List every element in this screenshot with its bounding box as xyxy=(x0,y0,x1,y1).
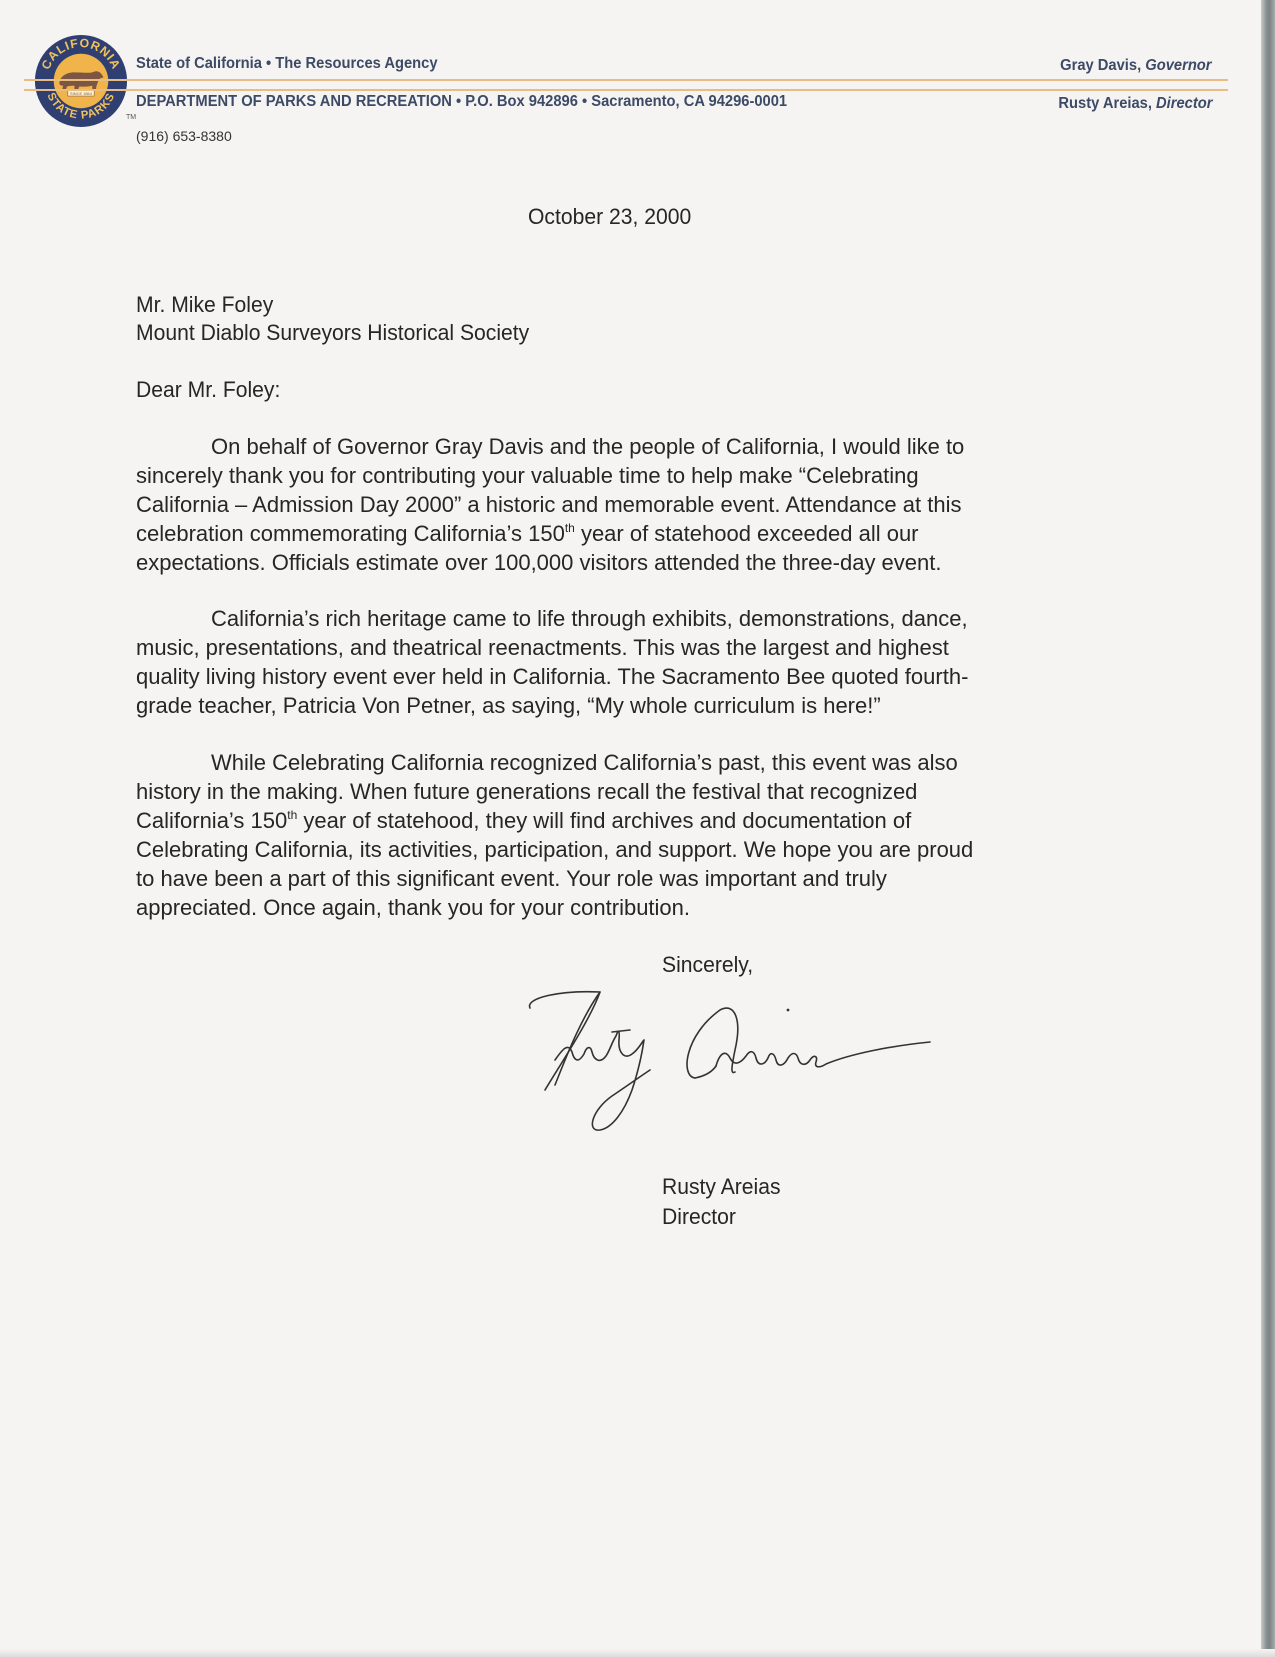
director-name: Rusty Areias, xyxy=(1058,95,1152,112)
body-paragraph-3: While Celebrating California recognized … xyxy=(136,748,1091,922)
california-state-parks-logo-icon: CALIFORNIA STATE PARKS SINCE 1864 xyxy=(34,34,128,128)
body-paragraph-2: California’s rich heritage came to life … xyxy=(136,604,1091,720)
letterhead-rule-bottom xyxy=(24,89,1228,91)
governor-title: Governor xyxy=(1146,57,1212,74)
closing: Sincerely, xyxy=(662,952,753,978)
handwritten-signature-icon xyxy=(520,980,970,1180)
scanner-page-edge xyxy=(1261,0,1275,1657)
scanner-bottom-edge xyxy=(0,1649,1275,1657)
agency-line: State of California • The Resources Agen… xyxy=(136,55,438,73)
salutation: Dear Mr. Foley: xyxy=(136,377,280,403)
body-paragraph-1: On behalf of Governor Gray Davis and the… xyxy=(136,432,1091,577)
trademark-symbol: TM xyxy=(126,114,136,121)
department-address-line: DEPARTMENT OF PARKS AND RECREATION • P.O… xyxy=(136,93,787,111)
phone-number: (916) 653-8380 xyxy=(136,128,232,144)
letterhead-rule-top xyxy=(24,79,1228,81)
director-line: Rusty Areias, Director xyxy=(1058,95,1212,113)
recipient-name: Mr. Mike Foley xyxy=(136,291,529,319)
recipient-organization: Mount Diablo Surveyors Historical Societ… xyxy=(136,319,529,347)
svg-text:SINCE 1864: SINCE 1864 xyxy=(70,91,93,96)
recipient-address: Mr. Mike Foley Mount Diablo Surveyors Hi… xyxy=(136,291,529,347)
governor-name: Gray Davis, xyxy=(1061,57,1142,74)
signee-title: Director xyxy=(662,1202,781,1232)
letter-page: CALIFORNIA STATE PARKS SINCE 1864 TM Sta… xyxy=(0,0,1262,1657)
governor-line: Gray Davis, Governor xyxy=(1061,57,1212,75)
signee-block: Rusty Areias Director xyxy=(662,1172,781,1232)
signee-name: Rusty Areias xyxy=(662,1172,781,1202)
director-title: Director xyxy=(1156,95,1212,112)
letter-date: October 23, 2000 xyxy=(528,204,691,230)
